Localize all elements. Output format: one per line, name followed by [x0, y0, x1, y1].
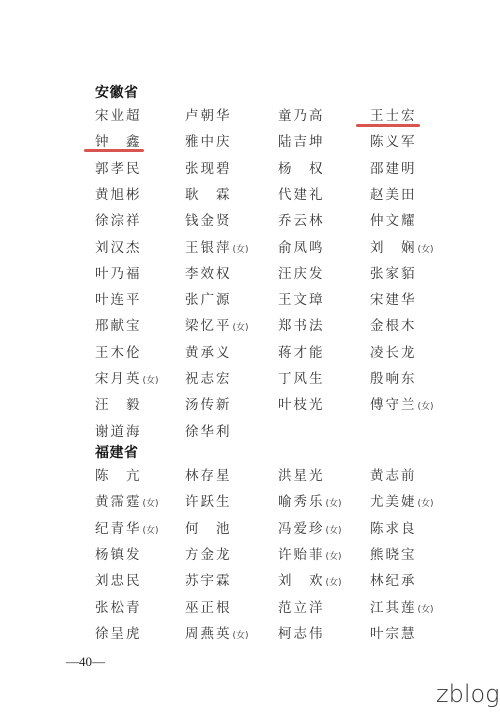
person-name: 黄旭彬 [95, 183, 142, 203]
person-name-text: 谢道海 [95, 424, 142, 440]
document-page: 安徽省宋业超卢朝华童乃高王士宏钟 鑫雅中庆陆吉坤陈义军郭孝民张现碧杨 权邵建明黄… [0, 0, 500, 714]
person-name-text: 巫正根 [185, 600, 232, 616]
person-name: 王士宏 [370, 104, 417, 124]
person-name-text: 黄霈霆 [95, 494, 142, 510]
person-name-text: 邢献宝 [95, 318, 142, 334]
person-name: 祝志宏 [185, 367, 232, 387]
person-name-text: 何 池 [185, 521, 232, 537]
person-name-text: 汪庆发 [278, 266, 325, 282]
person-name-text: 耿 霖 [185, 187, 232, 203]
person-name: 冯爱珍(女) [278, 517, 342, 537]
person-name: 方金龙 [185, 543, 232, 563]
name-row: 钟 鑫雅中庆陆吉坤陈义军 [0, 130, 500, 156]
person-name-text: 汪 毅 [95, 397, 142, 413]
name-row: 徐淙祥钱金贤乔云林仲文耀 [0, 209, 500, 235]
person-name: 杨镇发 [95, 543, 142, 563]
person-name-text: 王文璋 [278, 292, 325, 308]
person-name-text: 郑书法 [278, 318, 325, 334]
person-name: 叶宗慧 [370, 622, 417, 642]
person-name: 苏宇霖 [185, 569, 232, 589]
person-name-text: 王士宏 [370, 108, 417, 124]
person-name: 纪青华(女) [95, 517, 159, 537]
person-name: 童乃高 [278, 104, 325, 124]
female-marker: (女) [143, 499, 159, 509]
person-name-text: 刘 娴 [370, 240, 417, 256]
person-name: 黄承义 [185, 341, 232, 361]
person-name: 刘汉杰 [95, 236, 142, 256]
name-row: 黄霈霆(女)许跃生喻秀乐(女)尤美婕(女) [0, 490, 500, 516]
person-name-text: 陆吉坤 [278, 134, 325, 150]
person-name-text: 李效权 [185, 266, 232, 282]
person-name-text: 叶连平 [95, 292, 142, 308]
person-name-text: 黄旭彬 [95, 187, 142, 203]
person-name: 王银萍(女) [185, 236, 249, 256]
person-name-text: 仲文耀 [370, 213, 417, 229]
person-name-text: 代建礼 [278, 187, 325, 203]
person-name: 黄志前 [370, 464, 417, 484]
name-row: 陈 亢林存星洪星光黄志前 [0, 464, 500, 490]
name-row: 王木伦黄承义蒋才能凌长龙 [0, 341, 500, 367]
person-name: 叶枝光 [278, 393, 325, 413]
person-name-text: 王银萍 [185, 240, 232, 256]
female-marker: (女) [326, 526, 342, 536]
name-row: 谢道海徐华利 [0, 420, 500, 446]
person-name-text: 徐华利 [185, 424, 232, 440]
person-name-text: 林存星 [185, 468, 232, 484]
person-name: 许跃生 [185, 490, 232, 510]
person-name-text: 凌长龙 [370, 345, 417, 361]
person-name: 谢道海 [95, 420, 142, 440]
person-name: 汤传新 [185, 393, 232, 413]
female-marker: (女) [143, 376, 159, 386]
person-name: 叶乃福 [95, 262, 142, 282]
person-name: 雅中庆 [185, 130, 232, 150]
person-name: 俞凤鸣 [278, 236, 325, 256]
person-name: 梁忆平(女) [185, 314, 249, 334]
person-name-text: 俞凤鸣 [278, 240, 325, 256]
person-name: 仲文耀 [370, 209, 417, 229]
person-name: 蒋才能 [278, 341, 325, 361]
person-name: 丁风生 [278, 367, 325, 387]
person-name: 周燕英(女) [185, 622, 249, 642]
person-name: 洪星光 [278, 464, 325, 484]
person-name: 刘忠民 [95, 569, 142, 589]
person-name: 傅守兰(女) [370, 393, 434, 413]
person-name-text: 张松青 [95, 600, 142, 616]
female-marker: (女) [233, 245, 249, 255]
female-marker: (女) [418, 499, 434, 509]
person-name-text: 方金龙 [185, 547, 232, 563]
name-row: 刘忠民苏宇霖刘 欢(女)林纪承 [0, 569, 500, 595]
person-name: 叶连平 [95, 288, 142, 308]
name-row: 刘汉杰王银萍(女)俞凤鸣刘 娴(女) [0, 236, 500, 262]
person-name: 李效权 [185, 262, 232, 282]
person-name: 宋月英(女) [95, 367, 159, 387]
person-name-text: 陈求良 [370, 521, 417, 537]
person-name-text: 杨镇发 [95, 547, 142, 563]
person-name: 金根木 [370, 314, 417, 334]
name-row: 邢献宝梁忆平(女)郑书法金根木 [0, 314, 500, 340]
person-name-text: 宋业超 [95, 108, 142, 124]
person-name-text: 叶枝光 [278, 397, 325, 413]
person-name: 徐呈虎 [95, 622, 142, 642]
person-name: 熊晓宝 [370, 543, 417, 563]
name-row: 宋月英(女)祝志宏丁风生殷响东 [0, 367, 500, 393]
person-name: 耿 霖 [185, 183, 232, 203]
person-name-text: 雅中庆 [185, 134, 232, 150]
person-name-text: 林纪承 [370, 573, 417, 589]
person-name-text: 叶乃福 [95, 266, 142, 282]
person-name-text: 傅守兰 [370, 397, 417, 413]
person-name-text: 王木伦 [95, 345, 142, 361]
person-name-text: 卢朝华 [185, 108, 232, 124]
person-name: 汪 毅 [95, 393, 142, 413]
person-name: 柯志伟 [278, 622, 325, 642]
person-name: 钟 鑫 [95, 130, 142, 150]
name-row: 宋业超卢朝华童乃高王士宏 [0, 104, 500, 130]
page-number: —40— [66, 654, 105, 670]
person-name-text: 张现碧 [185, 161, 232, 177]
female-marker: (女) [418, 245, 434, 255]
person-name-text: 梁忆平 [185, 318, 232, 334]
person-name-text: 徐淙祥 [95, 213, 142, 229]
person-name-text: 陈义军 [370, 134, 417, 150]
person-name-text: 刘 欢 [278, 573, 325, 589]
person-name-text: 张家貊 [370, 266, 417, 282]
person-name-text: 柯志伟 [278, 626, 325, 642]
person-name: 钱金贤 [185, 209, 232, 229]
person-name-text: 钱金贤 [185, 213, 232, 229]
person-name: 喻秀乐(女) [278, 490, 342, 510]
person-name-text: 洪星光 [278, 468, 325, 484]
person-name-text: 苏宇霖 [185, 573, 232, 589]
female-marker: (女) [233, 323, 249, 333]
watermark: zblog [436, 680, 500, 708]
person-name: 宋业超 [95, 104, 142, 124]
highlight-underline [356, 124, 420, 127]
name-row: 叶连平张广源王文璋宋建华 [0, 288, 500, 314]
person-name: 刘 欢(女) [278, 569, 342, 589]
person-name-text: 刘汉杰 [95, 240, 142, 256]
person-name-text: 徐呈虎 [95, 626, 142, 642]
person-name: 刘 娴(女) [370, 236, 434, 256]
female-marker: (女) [418, 402, 434, 412]
person-name-text: 郭孝民 [95, 161, 142, 177]
person-name-text: 纪青华 [95, 521, 142, 537]
person-name-text: 乔云林 [278, 213, 325, 229]
person-name-text: 陈 亢 [95, 468, 142, 484]
province-heading: 安徽省 [95, 82, 139, 102]
person-name-text: 祝志宏 [185, 371, 232, 387]
person-name: 王木伦 [95, 341, 142, 361]
name-row: 张松青巫正根范立洋江其莲(女) [0, 596, 500, 622]
name-row: 叶乃福李效权汪庆发张家貊 [0, 262, 500, 288]
person-name-text: 邵建明 [370, 161, 417, 177]
person-name: 宋建华 [370, 288, 417, 308]
name-row: 杨镇发方金龙许贻菲(女)熊晓宝 [0, 543, 500, 569]
person-name: 陈求良 [370, 517, 417, 537]
female-marker: (女) [326, 578, 342, 588]
person-name-text: 杨 权 [278, 161, 325, 177]
female-marker: (女) [418, 605, 434, 615]
person-name-text: 江其莲 [370, 600, 417, 616]
person-name-text: 尤美婕 [370, 494, 417, 510]
person-name-text: 赵美田 [370, 187, 417, 203]
person-name-text: 黄承义 [185, 345, 232, 361]
person-name-text: 叶宗慧 [370, 626, 417, 642]
person-name: 代建礼 [278, 183, 325, 203]
person-name: 张现碧 [185, 157, 232, 177]
person-name: 巫正根 [185, 596, 232, 616]
person-name: 邵建明 [370, 157, 417, 177]
person-name-text: 许跃生 [185, 494, 232, 510]
person-name-text: 宋月英 [95, 371, 142, 387]
person-name-text: 金根木 [370, 318, 417, 334]
female-marker: (女) [326, 499, 342, 509]
person-name: 王文璋 [278, 288, 325, 308]
person-name-text: 熊晓宝 [370, 547, 417, 563]
person-name: 张广源 [185, 288, 232, 308]
person-name: 陈 亢 [95, 464, 142, 484]
name-row: 纪青华(女)何 池冯爱珍(女)陈求良 [0, 517, 500, 543]
female-marker: (女) [326, 552, 342, 562]
person-name-text: 冯爱珍 [278, 521, 325, 537]
province-heading: 福建省 [95, 442, 139, 462]
person-name-text: 刘忠民 [95, 573, 142, 589]
person-name: 杨 权 [278, 157, 325, 177]
person-name: 陆吉坤 [278, 130, 325, 150]
person-name: 赵美田 [370, 183, 417, 203]
person-name: 何 池 [185, 517, 232, 537]
female-marker: (女) [233, 631, 249, 641]
highlight-underline [84, 149, 144, 152]
person-name-text: 范立洋 [278, 600, 325, 616]
person-name-text: 殷响东 [370, 371, 417, 387]
person-name: 张松青 [95, 596, 142, 616]
person-name: 郭孝民 [95, 157, 142, 177]
person-name: 徐华利 [185, 420, 232, 440]
person-name-text: 黄志前 [370, 468, 417, 484]
person-name-text: 周燕英 [185, 626, 232, 642]
person-name: 黄霈霆(女) [95, 490, 159, 510]
person-name: 范立洋 [278, 596, 325, 616]
person-name-text: 喻秀乐 [278, 494, 325, 510]
person-name: 徐淙祥 [95, 209, 142, 229]
person-name: 乔云林 [278, 209, 325, 229]
person-name: 郑书法 [278, 314, 325, 334]
person-name-text: 丁风生 [278, 371, 325, 387]
person-name: 汪庆发 [278, 262, 325, 282]
person-name-text: 张广源 [185, 292, 232, 308]
name-row: 黄旭彬耿 霖代建礼赵美田 [0, 183, 500, 209]
person-name-text: 钟 鑫 [95, 134, 142, 150]
person-name: 陈义军 [370, 130, 417, 150]
person-name: 林存星 [185, 464, 232, 484]
person-name: 凌长龙 [370, 341, 417, 361]
person-name: 张家貊 [370, 262, 417, 282]
person-name-text: 宋建华 [370, 292, 417, 308]
person-name: 江其莲(女) [370, 596, 434, 616]
female-marker: (女) [143, 526, 159, 536]
person-name-text: 汤传新 [185, 397, 232, 413]
name-row: 徐呈虎周燕英(女)柯志伟叶宗慧 [0, 622, 500, 648]
person-name: 卢朝华 [185, 104, 232, 124]
person-name-text: 蒋才能 [278, 345, 325, 361]
person-name: 邢献宝 [95, 314, 142, 334]
person-name-text: 童乃高 [278, 108, 325, 124]
name-row: 汪 毅汤传新叶枝光傅守兰(女) [0, 393, 500, 419]
person-name: 殷响东 [370, 367, 417, 387]
person-name-text: 许贻菲 [278, 547, 325, 563]
name-row: 郭孝民张现碧杨 权邵建明 [0, 157, 500, 183]
person-name: 林纪承 [370, 569, 417, 589]
person-name: 尤美婕(女) [370, 490, 434, 510]
person-name: 许贻菲(女) [278, 543, 342, 563]
